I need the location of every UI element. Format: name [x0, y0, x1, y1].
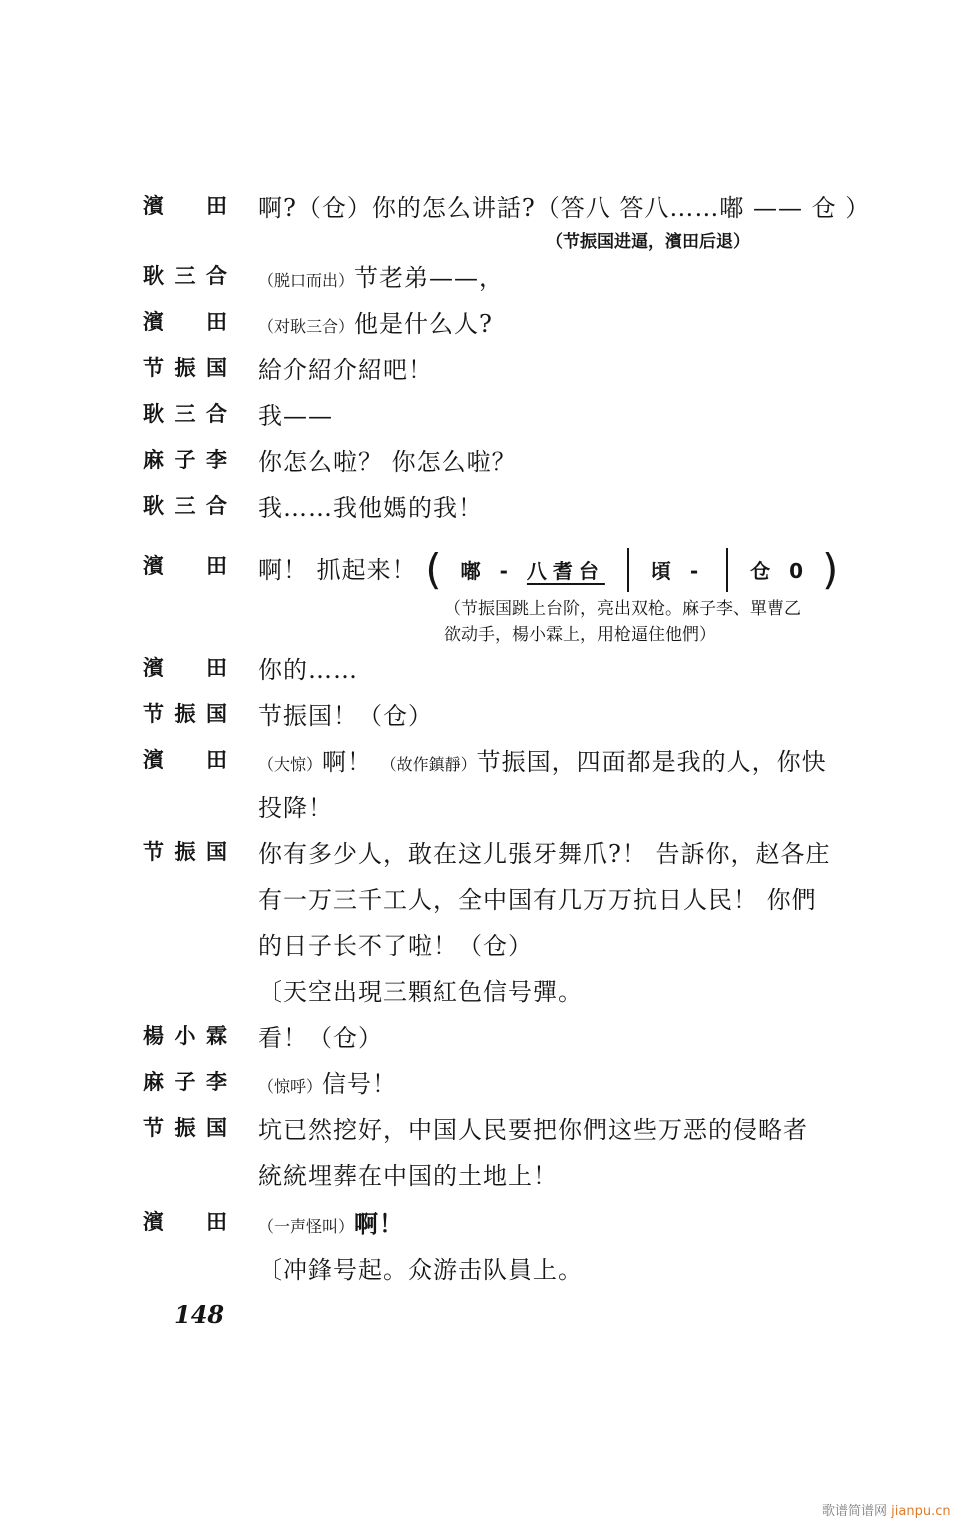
stage-direction: （节振国跳上台阶，亮出双枪。麻子李、單曹乙	[444, 594, 801, 619]
script-line: 濱 田 啊！ 抓起来！ ( 嘟 - 八耆台頃 -仓 0 )	[0, 550, 974, 590]
dialogue-text: 他是什么人?	[354, 310, 493, 338]
speaker-name: 节 振 国	[143, 836, 229, 866]
stage-direction: 欲动手，楊小霖上，用枪逼住他們）	[444, 620, 716, 645]
stage-direction: （对耿三合）	[258, 317, 354, 336]
speaker-char: 节	[143, 1112, 166, 1142]
script-line: 耿 三 合 （脱口而出）节老弟——，	[0, 260, 974, 300]
speaker-char: 合	[206, 490, 229, 520]
stage-direction: （节振国进逼，濱田后退）	[546, 227, 750, 252]
watermark: 歌谱简谱网 jianpu.cn	[822, 1500, 951, 1519]
speaker-char: 小	[175, 1020, 198, 1050]
speaker-char: 李	[206, 444, 229, 474]
stage-direction: （大惊）	[258, 755, 322, 774]
speaker-name: 耿 三 合	[143, 398, 229, 428]
speaker-char: 国	[206, 836, 229, 866]
speaker-name: 濱 田	[143, 652, 229, 682]
dialogue-text: （惊呼）信号！	[258, 1064, 397, 1099]
speaker-char: 濱	[143, 744, 166, 774]
speaker-char: 耿	[143, 260, 166, 290]
speaker-name: 耿 三 合	[143, 260, 229, 290]
speaker-char: 楊	[143, 1020, 166, 1050]
script-line: 楊 小 霖 看！（仓）	[0, 1020, 974, 1060]
script-line: 节 振 国 坑已然挖好，中国人民要把你們这些万恶的侵略者	[0, 1112, 974, 1152]
beat: 嘟	[461, 559, 487, 583]
speaker-name: 濱 田	[143, 550, 229, 580]
close-paren: )	[822, 545, 844, 594]
speaker-char: 节	[143, 698, 166, 728]
dialogue-text: 坑已然挖好，中国人民要把你們这些万恶的侵略者	[258, 1110, 808, 1145]
speaker-char: 三	[175, 398, 198, 428]
script-line: 濱 田 （大惊）啊！ （故作鎮靜）节振国，四面都是我的人，你快	[0, 744, 974, 784]
speaker-char: 子	[175, 444, 198, 474]
dialogue-text: （对耿三合）他是什么人?	[258, 304, 493, 339]
dialogue-text: 投降！	[258, 788, 333, 823]
speaker-char: 濱	[143, 306, 166, 336]
stage-direction: 〔冲鋒号起。众游击队員上。	[258, 1250, 583, 1285]
speaker-name: 节 振 国	[143, 698, 229, 728]
speaker-char: 三	[175, 260, 198, 290]
dialogue-text: 节老弟——，	[354, 264, 504, 292]
watermark-cn: 歌谱简谱网	[822, 1504, 887, 1519]
speaker-char: 田	[206, 652, 229, 682]
script-line: 耿 三 合 我……我他媽的我！	[0, 490, 974, 530]
speaker-char: 麻	[143, 444, 166, 474]
dialogue-text: 啊！ 抓起来！ ( 嘟 - 八耆台頃 -仓 0 )	[258, 548, 844, 592]
script-line: 濱 田 （一声怪叫）啊！	[0, 1206, 974, 1246]
script-line-continuation: 統統埋葬在中国的土地上！	[0, 1158, 974, 1198]
script-line: 节 振 国 你有多少人，敢在这儿張牙舞爪?！ 告訴你，赵各庄	[0, 836, 974, 876]
speaker-char: 濱	[143, 190, 166, 220]
dialogue-text: 信号！	[322, 1070, 397, 1098]
speaker-name: 楊 小 霖	[143, 1020, 229, 1050]
speaker-char: 振	[175, 352, 198, 382]
dialogue-text: 我——	[258, 396, 333, 431]
speaker-char: 田	[206, 306, 229, 336]
speaker-char: 节	[143, 836, 166, 866]
speaker-name: 濱 田	[143, 306, 229, 336]
speaker-name: 濱 田	[143, 1206, 229, 1236]
dialogue-text: （大惊）啊！ （故作鎮靜）节振国，四面都是我的人，你快	[258, 742, 827, 777]
beat: 頃	[651, 559, 677, 583]
speaker-char: 合	[206, 398, 229, 428]
dialogue-text: 节振国，四面都是我的人，你快	[477, 748, 827, 776]
speaker-char: 合	[206, 260, 229, 290]
beat: 仓	[750, 559, 776, 583]
stage-direction: （故作鎮靜）	[381, 755, 477, 774]
speaker-char: 三	[175, 490, 198, 520]
stage-direction: （惊呼）	[258, 1077, 322, 1096]
dialogue-text: 的日子长不了啦！（仓）	[258, 926, 533, 961]
beat: 八耆台	[527, 559, 605, 583]
speaker-char: 田	[206, 190, 229, 220]
speaker-char: 濱	[143, 550, 166, 580]
speaker-char: 国	[206, 352, 229, 382]
dialogue-text: 啊?（仓）你的怎么讲話?（答八 答八……嘟 —— 仓 ）	[258, 188, 870, 223]
script-line: 节 振 国 給介紹介紹吧！	[0, 352, 974, 392]
speaker-name: 节 振 国	[143, 1112, 229, 1142]
open-paren: (	[425, 545, 447, 594]
dialogue-text: 看！（仓）	[258, 1018, 383, 1053]
speaker-char: 子	[175, 1066, 198, 1096]
page-number: 148	[174, 1300, 224, 1329]
script-line: 麻 子 李 （惊呼）信号！	[0, 1066, 974, 1106]
bar-line	[726, 548, 728, 592]
percussion-notation: ( 嘟 - 八耆台頃 -仓 0 )	[425, 559, 844, 583]
script-line-continuation: 有一万三千工人，全中国有几万万抗日人民！ 你們	[0, 882, 974, 922]
speaker-char: 濱	[143, 652, 166, 682]
script-line: 节 振 国 节振国！（仓）	[0, 698, 974, 738]
stage-direction-line: 〔天空出現三顆紅色信号彈。	[0, 974, 974, 1014]
bar-line	[627, 548, 629, 592]
speaker-char: 振	[175, 836, 198, 866]
speaker-char: 耿	[143, 490, 166, 520]
script-line: 麻 子 李 你怎么啦？ 你怎么啦？	[0, 444, 974, 484]
stage-direction: 〔天空出現三顆紅色信号彈。	[258, 972, 583, 1007]
dialogue-text: 我……我他媽的我！	[258, 488, 483, 523]
speaker-char: 霖	[206, 1020, 229, 1050]
speaker-char: 李	[206, 1066, 229, 1096]
stage-direction-line: 〔冲鋒号起。众游击队員上。	[0, 1252, 974, 1292]
watermark-site: jianpu.cn	[891, 1504, 950, 1519]
script-line: 濱 田 你的……	[0, 652, 974, 692]
dialogue-text: 节振国！（仓）	[258, 696, 433, 731]
speaker-char: 节	[143, 352, 166, 382]
beat: -	[500, 559, 514, 583]
speaker-char: 田	[206, 1206, 229, 1236]
script-line: 濱 田 啊?（仓）你的怎么讲話?（答八 答八……嘟 —— 仓 ）	[0, 190, 974, 230]
speaker-char: 麻	[143, 1066, 166, 1096]
speaker-char: 振	[175, 698, 198, 728]
speaker-char: 濱	[143, 1206, 166, 1236]
speaker-name: 濱 田	[143, 190, 229, 220]
speaker-char: 振	[175, 1112, 198, 1142]
dialogue-text: 你有多少人，敢在这儿張牙舞爪?！ 告訴你，赵各庄	[258, 834, 831, 869]
speaker-name: 濱 田	[143, 744, 229, 774]
dialogue-text: 給介紹介紹吧！	[258, 350, 433, 385]
dialogue-text: 你怎么啦？ 你怎么啦？	[258, 442, 517, 477]
speaker-char: 田	[206, 550, 229, 580]
dialogue-text: （脱口而出）节老弟——，	[258, 258, 504, 293]
dialogue-text: 啊！	[322, 748, 372, 776]
dialogue-text: 啊！ 抓起来！	[258, 556, 417, 584]
speaker-name: 麻 子 李	[143, 1066, 229, 1096]
speaker-name: 节 振 国	[143, 352, 229, 382]
dialogue-text: 統統埋葬在中国的土地上！	[258, 1156, 558, 1191]
dialogue-text: 有一万三千工人，全中国有几万万抗日人民！ 你們	[258, 880, 817, 915]
speaker-name: 耿 三 合	[143, 490, 229, 520]
dialogue-text: （一声怪叫）啊！	[258, 1204, 404, 1239]
dialogue-text: 你的……	[258, 650, 358, 685]
stage-direction: （一声怪叫）	[258, 1217, 354, 1236]
speaker-char: 国	[206, 1112, 229, 1142]
speaker-char: 田	[206, 744, 229, 774]
script-line: 耿 三 合 我——	[0, 398, 974, 438]
stage-direction: （脱口而出）	[258, 271, 354, 290]
script-line: 濱 田 （对耿三合）他是什么人?	[0, 306, 974, 346]
beat: -	[690, 559, 704, 583]
script-line-continuation: 的日子长不了啦！（仓）	[0, 928, 974, 968]
script-line-continuation: 投降！	[0, 790, 974, 830]
beat: 0	[789, 559, 809, 583]
speaker-char: 国	[206, 698, 229, 728]
speaker-char: 耿	[143, 398, 166, 428]
dialogue-text: 啊！	[354, 1209, 404, 1238]
speaker-name: 麻 子 李	[143, 444, 229, 474]
